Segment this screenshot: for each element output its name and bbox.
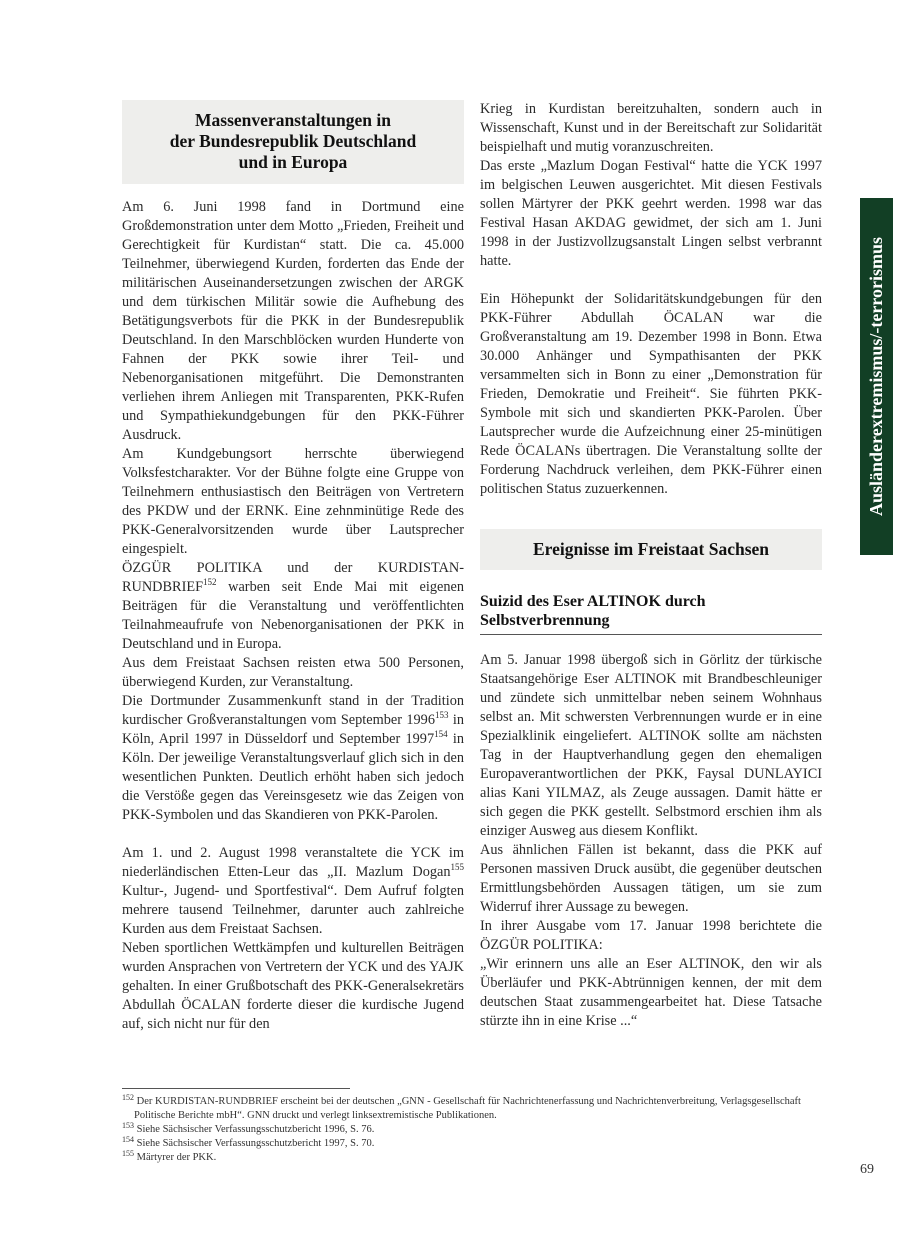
document-page: Massenveranstaltungen in der Bundesrepub… [0, 0, 900, 1246]
paragraph: In ihrer Ausgabe vom 17. Januar 1998 ber… [480, 917, 822, 955]
footnote-ref[interactable]: 153 [435, 710, 449, 720]
footnote-ref[interactable]: 152 [203, 577, 217, 587]
paragraph: Das erste „Mazlum Dogan Festival“ hatte … [480, 157, 822, 271]
footnote-divider [122, 1088, 350, 1089]
subheading-line: Selbstverbrennung [480, 611, 822, 630]
chapter-side-tab: Ausländerextremismus/-terrorismus [860, 198, 893, 555]
section-heading-mass-events: Massenveranstaltungen in der Bundesrepub… [122, 100, 464, 184]
footnote-ref[interactable]: 155 [451, 862, 465, 872]
footnotes: 152 Der KURDISTAN-RUNDBRIEF erscheint be… [122, 1088, 842, 1165]
heading-line: und in Europa [128, 152, 458, 173]
footnote: 155 Märtyrer der PKK. [122, 1151, 842, 1165]
paragraph: Ein Höhepunkt der Solidaritätskundgebung… [480, 290, 822, 499]
footnote-ref[interactable]: 154 [434, 729, 448, 739]
subheading-line: Suizid des Eser ALTINOK durch [480, 592, 822, 611]
page-number: 69 [860, 1162, 874, 1178]
subheading-altinok: Suizid des Eser ALTINOK durch Selbstverb… [480, 592, 822, 635]
footnote-number: 154 [122, 1135, 134, 1144]
right-column: Krieg in Kurdistan bereitzuhalten, sonde… [480, 100, 822, 1031]
left-column: Massenveranstaltungen in der Bundesrepub… [122, 100, 464, 1034]
footnote: 152 Der KURDISTAN-RUNDBRIEF erscheint be… [122, 1095, 842, 1123]
paragraph: Am 1. und 2. August 1998 veranstaltete d… [122, 844, 464, 939]
footnote-text: Siehe Sächsischer Verfassungsschutzberic… [137, 1138, 375, 1149]
paragraph: Aus dem Freistaat Sachsen reisten etwa 5… [122, 654, 464, 692]
text-run: Kultur-, Jugend- und Sportfestival“. Dem… [122, 883, 464, 937]
heading-line: Ereignisse im Freistaat Sachsen [486, 539, 816, 560]
heading-line: Massenveranstaltungen in [128, 110, 458, 131]
paragraph: ÖZGÜR POLITIKA und der KURDISTAN-RUNDBRI… [122, 559, 464, 654]
footnote-number: 153 [122, 1121, 134, 1130]
footnote-text: Märtyrer der PKK. [137, 1152, 217, 1163]
paragraph: Am Kundgebungsort herrschte überwiegend … [122, 445, 464, 559]
chapter-tab-label: Ausländerextremismus/-terrorismus [866, 237, 887, 516]
text-run: Am 1. und 2. August 1998 veranstaltete d… [122, 845, 464, 880]
section-heading-saxony: Ereignisse im Freistaat Sachsen [480, 529, 822, 570]
paragraph: Aus ähnlichen Fällen ist bekannt, dass d… [480, 841, 822, 917]
paragraph: Die Dortmunder Zusammenkunft stand in de… [122, 692, 464, 825]
paragraph: Am 5. Januar 1998 übergoß sich in Görlit… [480, 651, 822, 841]
footnote-number: 152 [122, 1093, 134, 1102]
paragraph: Krieg in Kurdistan bereitzuhalten, sonde… [480, 100, 822, 157]
footnote: 153 Siehe Sächsischer Verfassungsschutzb… [122, 1123, 842, 1137]
footnote-number: 155 [122, 1149, 134, 1158]
heading-line: der Bundesrepublik Deutschland [128, 131, 458, 152]
text-run: Die Dortmunder Zusammenkunft stand in de… [122, 693, 464, 728]
paragraph: Neben sportlichen Wettkämpfen und kultur… [122, 939, 464, 1034]
paragraph: Am 6. Juni 1998 fand in Dortmund eine Gr… [122, 198, 464, 445]
footnote-text: Siehe Sächsischer Verfassungsschutzberic… [137, 1124, 375, 1135]
footnote: 154 Siehe Sächsischer Verfassungsschutzb… [122, 1137, 842, 1151]
footnote-text: Der KURDISTAN-RUNDBRIEF erscheint bei de… [134, 1096, 801, 1121]
quote-paragraph: „Wir erinnern uns alle an Eser ALTINOK, … [480, 955, 822, 1031]
